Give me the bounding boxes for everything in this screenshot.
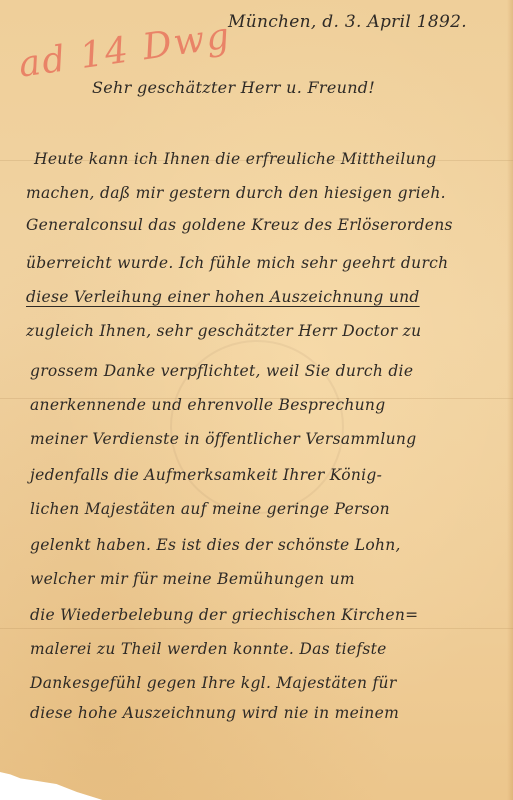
body-line: überreicht wurde. Ich fühle mich sehr ge… [26,254,448,272]
salutation: Sehr geschätzter Herr u. Freund! [92,78,375,97]
body-line: lichen Majestäten auf meine geringe Pers… [30,500,390,518]
body-line: diese hohe Auszeichnung wird nie in mein… [30,704,399,722]
paper-fold-line [0,628,513,629]
body-line: Heute kann ich Ihnen die erfreuliche Mit… [34,150,436,168]
dateline: München, d. 3. April 1892. [228,12,467,32]
body-line: machen, daß mir gestern durch den hiesig… [26,184,446,202]
body-line: Generalconsul das goldene Kreuz des Erlö… [26,216,453,234]
body-line: welcher mir für meine Bemühungen um [30,570,355,588]
letter-page: ad 14 Dwg München, d. 3. April 1892. Seh… [0,0,513,800]
body-line: meiner Verdienste in öffentlicher Versam… [30,430,416,448]
body-line: gelenkt haben. Es ist dies der schönste … [30,536,401,554]
body-line: anerkennende und ehrenvolle Besprechung [30,396,385,414]
body-line: zugleich Ihnen, sehr geschätzter Herr Do… [26,322,421,340]
body-line: jedenfalls die Aufmerksamkeit Ihrer Köni… [30,466,382,484]
body-line: Dankesgefühl gegen Ihre kgl. Majestäten … [30,674,397,692]
body-line: grossem Danke verpflichtet, weil Sie dur… [30,362,413,380]
body-line: die Wiederbelebung der griechischen Kirc… [30,606,418,624]
body-line: diese Verleihung einer hohen Auszeichnun… [26,288,420,306]
paper-edge-shading [507,0,513,800]
red-pencil-annotation: ad 14 Dwg [16,15,234,85]
body-line: malerei zu Theil werden konnte. Das tief… [30,640,387,658]
